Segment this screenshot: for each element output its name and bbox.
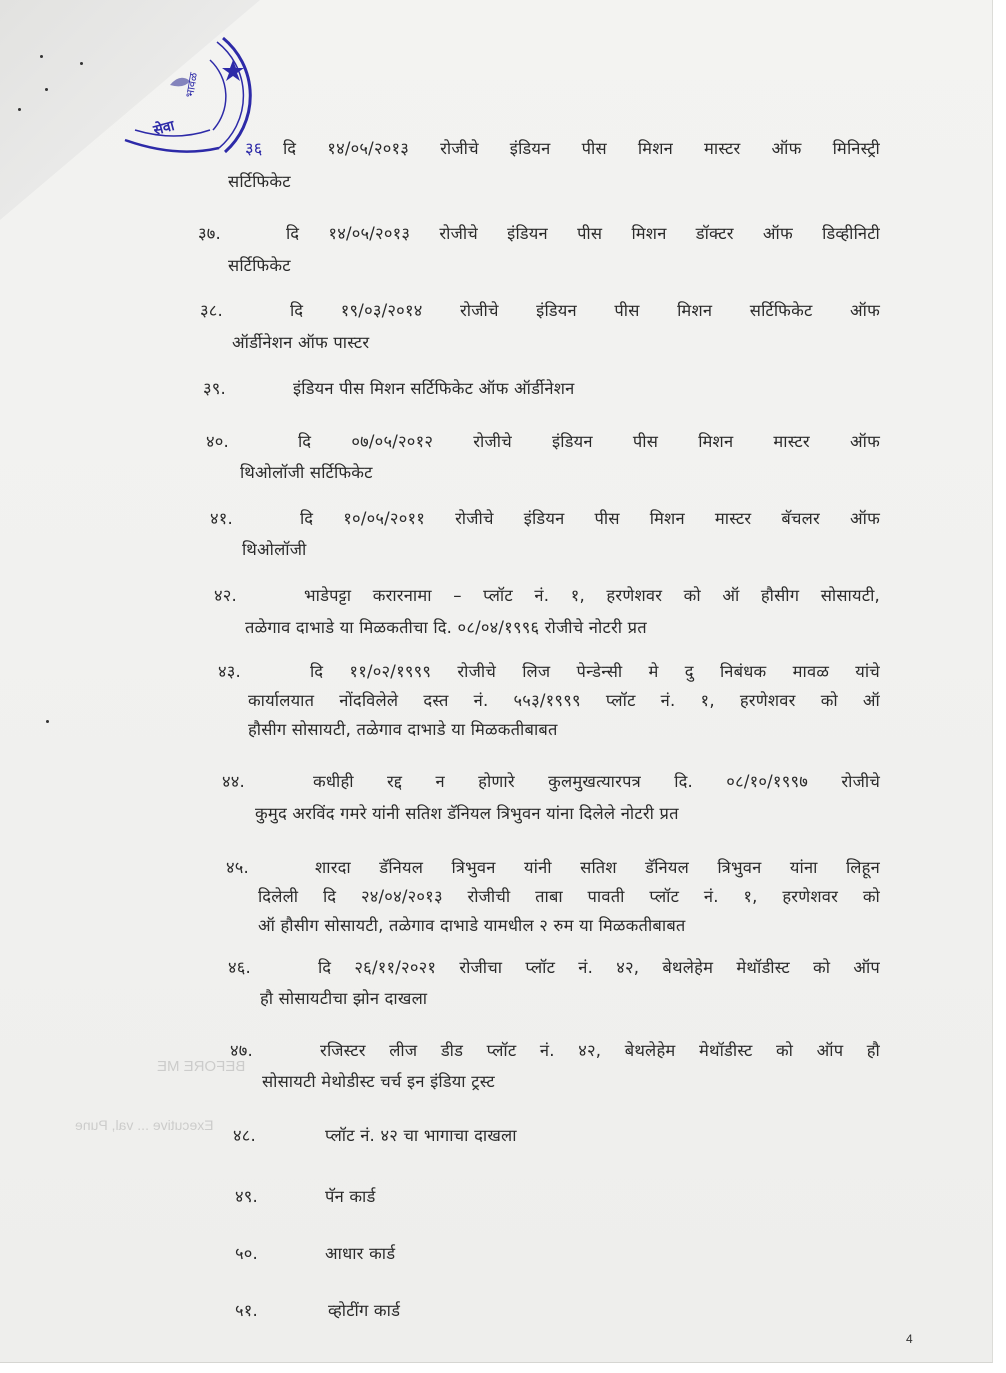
dust-speck [18, 108, 21, 111]
document-page: सेवा भावळ BEFORE ME Executive ... val, P… [0, 0, 993, 1363]
dust-speck [45, 88, 48, 91]
list-item-number: ४८. [233, 1120, 256, 1151]
list-item-text: सर्टिफिकेट [228, 250, 291, 281]
list-item-text: आधार कार्ड [325, 1238, 395, 1269]
list-item-text: रजिस्टर लीज डीड प्लॉट नं. ४२, बेथलेहेम म… [320, 1035, 880, 1066]
list-item-text: दि ०७/०५/२०१२ रोजीचे इंडियन पीस मिशन मास… [298, 426, 880, 457]
list-item-text: कुमुद अरविंद गमरे यांनी सतिश डॅनियल त्रि… [255, 798, 679, 829]
list-item-text: ऑ हौसीग सोसायटी, तळेगाव दाभाडे यामधील २ … [258, 910, 686, 941]
list-item-text: थिओलॉजी [242, 534, 306, 565]
list-item-text: दि ११/०२/१९९९ रोजीचे लिज पेन्डेन्सी मे द… [310, 656, 880, 687]
ghost-stamp-text: Executive ... val, Pune [75, 1117, 214, 1133]
list-item-number: ४६. [228, 952, 251, 983]
list-item-text: दि १४/०५/२०१३ रोजीचे इंडियन पीस मिशन मास… [283, 133, 880, 164]
list-item-text: पॅन कार्ड [325, 1181, 376, 1212]
list-item-number: ४५. [226, 852, 249, 883]
list-item-number: ४७. [230, 1035, 253, 1066]
list-item-number: ४०. [206, 426, 229, 457]
list-item-number: ४९. [235, 1181, 258, 1212]
list-item-number: ३८. [200, 295, 223, 326]
list-item-text: व्होटींग कार्ड [328, 1295, 400, 1326]
list-item-number: ५१. [235, 1295, 258, 1326]
list-item-number: ४३. [218, 656, 241, 687]
list-item-number: ३७. [198, 218, 221, 249]
list-item-number: ३६ [245, 133, 263, 164]
list-item-text: इंडियन पीस मिशन सर्टिफिकेट ऑफ ऑर्डीनेशन [293, 373, 575, 404]
list-item-text: कधीही रद्द न होणारे कुलमुखत्यारपत्र दि. … [313, 766, 880, 797]
list-item-number: ४१. [210, 503, 233, 534]
list-item-text: हौसीग सोसायटी, तळेगाव दाभाडे या मिळकतीबा… [248, 714, 558, 745]
dust-speck [80, 62, 83, 65]
list-item-text: सोसायटी मेथोडीस्ट चर्च इन इंडिया ट्रस्ट [262, 1066, 495, 1097]
list-item-text: दि १०/०५/२०११ रोजीचे इंडियन पीस मिशन मास… [300, 503, 880, 534]
svg-text:भावळ: भावळ [183, 71, 200, 99]
list-item-text: कार्यालयात नोंदविलेले दस्त नं. ५५३/१९९९ … [248, 685, 880, 716]
dust-speck [40, 55, 43, 58]
list-item-text: दि १९/०३/२०१४ रोजीचे इंडियन पीस मिशन सर्… [290, 295, 880, 326]
list-item-text: सर्टिफिकेट [228, 166, 291, 197]
list-item-text: प्लॉट नं. ४२ चा भागाचा दाखला [325, 1120, 517, 1151]
list-item-text: दि १४/०५/२०१३ रोजीचे इंडियन पीस मिशन डॉक… [286, 218, 880, 249]
list-item-text: तळेगाव दाभाडे या मिळकतीचा दि. ०८/०४/१९९६… [245, 612, 647, 643]
list-item-number: ३९. [203, 373, 226, 404]
list-item-text: दि २६/११/२०२१ रोजीचा प्लॉट नं. ४२, बेथले… [318, 952, 880, 983]
list-item-text: शारदा डॅनियल त्रिभुवन यांनी सतिश डॅनियल … [315, 852, 880, 883]
list-item-text: भाडेपट्टा करारनामा – प्लॉट नं. १, हरणेशव… [304, 580, 880, 611]
dust-speck [46, 720, 49, 723]
page-number: 4 [906, 1332, 913, 1346]
list-item-number: ४२. [214, 580, 237, 611]
list-item-number: ४४. [222, 766, 245, 797]
list-item-text: हौ सोसायटीचा झोन दाखला [260, 983, 427, 1014]
list-item-text: दिलेली दि २४/०४/२०१३ रोजीची ताबा पावती प… [258, 881, 880, 912]
list-item-text: ऑर्डीनेशन ऑफ पास्टर [232, 327, 369, 358]
list-item-number: ५०. [235, 1238, 258, 1269]
list-item-text: थिओलॉजी सर्टिफिकेट [240, 457, 373, 488]
